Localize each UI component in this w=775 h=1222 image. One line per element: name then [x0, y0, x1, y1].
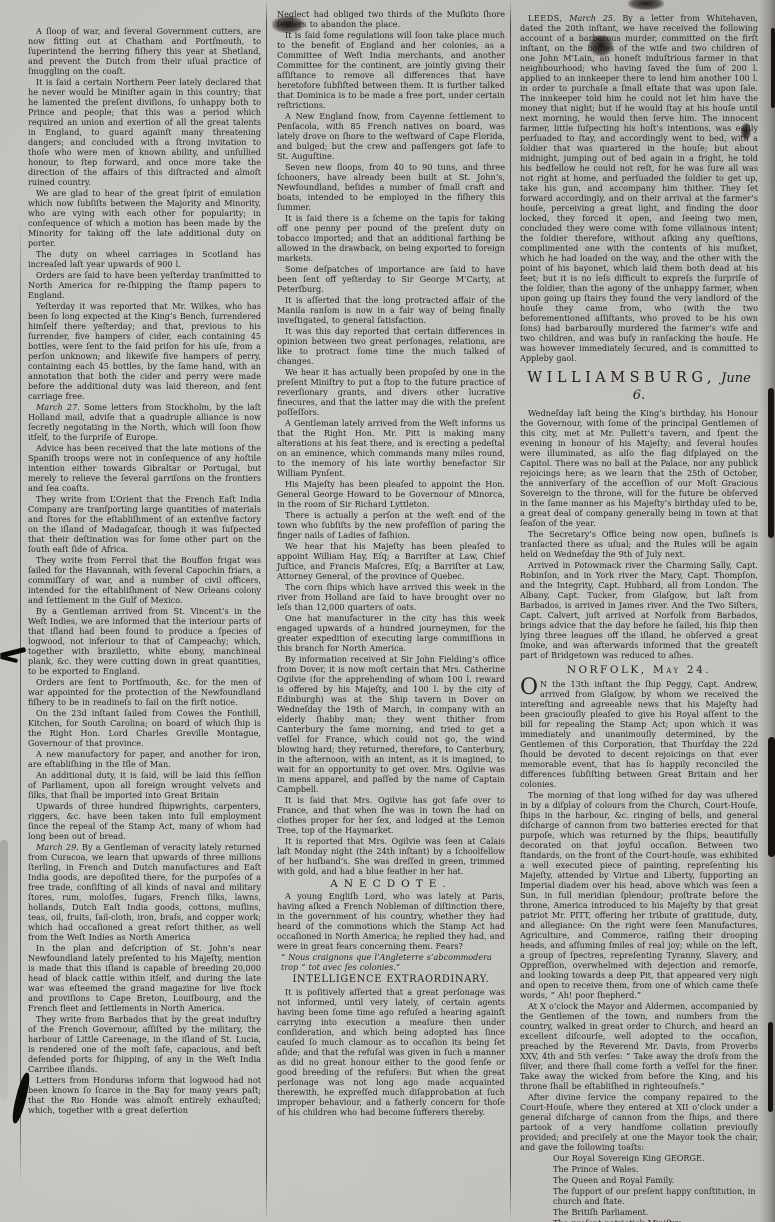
toast-item: The Britiſh Parliament.	[520, 1207, 758, 1217]
dateline-place: WILLIAMSBURG,	[527, 370, 716, 386]
news-paragraph: We are glad to hear of the great ſpirit …	[28, 188, 261, 248]
paragraph-text: It is ſaid there is a ſcheme on the tapi…	[277, 213, 505, 263]
ink-blot	[589, 35, 613, 56]
paragraph-text: They write from Barbados that by the gre…	[28, 1014, 261, 1074]
drop-cap: O	[520, 679, 540, 698]
news-paragraph: By a Gentleman arrived from St. Vincent’…	[28, 606, 261, 676]
paragraph-text: Some deſpatches of importance are ſaid t…	[277, 264, 505, 294]
paragraph-text: The ſupport of our preſent happy conſtit…	[553, 1186, 756, 1206]
news-paragraph: After divine ſervice the company repaire…	[520, 1092, 758, 1152]
news-paragraph: There is actually a perſon at the weſt e…	[277, 510, 505, 540]
paragraph-text: A Gentleman lately arrived from the Weſt…	[277, 418, 505, 478]
news-paragraph: It is ſaid there is a ſcheme on the tapi…	[277, 213, 505, 263]
news-paragraph: Advice has been received that the late m…	[28, 443, 261, 493]
paragraph-text: It is reported that Mrs. Ogilvie was ſee…	[277, 836, 505, 876]
news-paragraph: On the 23d inſtant ſailed from Cowes the…	[28, 708, 261, 748]
paragraph-text: The morning of that long wiſhed for day …	[520, 790, 758, 1000]
paragraph-text: The Britiſh Parliament.	[553, 1207, 648, 1217]
toast-item: The Queen and Royal Family.	[520, 1175, 758, 1185]
paragraph-text: By a letter from Whitehaven, dated the 2…	[520, 13, 758, 363]
paragraph-text: By information received at Sir John Fiel…	[277, 654, 505, 794]
binding-mark	[768, 388, 774, 538]
dateline-date: March 29.	[36, 842, 79, 852]
news-paragraph: A New England ſnow, from Cayenne ſettlem…	[277, 111, 505, 161]
news-paragraph: Letters from Honduras inform that logwoo…	[28, 1075, 261, 1115]
binding-mark	[771, 28, 775, 108]
news-paragraph: One hat manufacturer in the city has thi…	[277, 613, 505, 653]
paragraph-text: On the 23d inſtant ſailed from Cowes the…	[28, 708, 261, 748]
news-paragraph: Wedneſday laſt being the King’s birthday…	[520, 408, 758, 528]
news-paragraph: A young Engliſh Lord, who was lately at …	[277, 891, 505, 951]
news-paragraph: Seven new ſloops, from 40 to 90 tuns, an…	[277, 162, 505, 212]
paragraph-text: A ſloop of war, and ſeveral Government c…	[28, 26, 261, 76]
paragraph-text: A New England ſnow, from Cayenne ſettlem…	[277, 111, 505, 161]
news-paragraph: A Gentleman lately arrived from the Weſt…	[277, 418, 505, 478]
paragraph-text: We hear that his Majeſty has been pleaſe…	[277, 541, 505, 581]
paragraph-text: Advice has been received that the late m…	[28, 443, 261, 493]
column-rule-2	[510, 0, 511, 1222]
news-paragraph: March 27. Some letters from Stockholm, b…	[28, 402, 261, 442]
news-paragraph: Neglect had obliged two thirds of the Mu…	[277, 9, 505, 29]
paragraph-text: A young Engliſh Lord, who was lately at …	[277, 891, 505, 951]
news-paragraph: It is ſaid that Mrs. Ogilvie has got ſaf…	[277, 795, 505, 835]
edge-smudge	[0, 840, 8, 1100]
paragraph-text: They write from L’Orient that the French…	[28, 494, 261, 554]
paragraph-text: Seven new ſloops, from 40 to 90 tuns, an…	[277, 162, 505, 212]
news-paragraph: By information received at Sir John Fiel…	[277, 654, 505, 794]
news-paragraph: It is ſaid ſome regulations will ſoon ta…	[277, 30, 505, 110]
news-paragraph: Some deſpatches of importance are ſaid t…	[277, 264, 505, 294]
news-paragraph: A ſloop of war, and ſeveral Government c…	[28, 26, 261, 76]
paragraph-text: Arrived in Potowmack river the Charming …	[520, 560, 758, 660]
paragraph-text: It is aſſerted that the long protracted …	[277, 295, 505, 325]
paragraph-text: N the 13th inſtant the ſhip Peggy, Capt.…	[520, 679, 758, 789]
news-paragraph: ON the 13th inſtant the ſhip Peggy, Capt…	[520, 679, 758, 789]
news-paragraph: The corn ſhips which have arrived this w…	[277, 582, 505, 612]
news-paragraph: They write from Barbados that by the gre…	[28, 1014, 261, 1074]
news-paragraph: In the plan and deſcription of St. John’…	[28, 943, 261, 1013]
newspaper-page: A ſloop of war, and ſeveral Government c…	[0, 0, 775, 1222]
binding-mark	[768, 737, 775, 857]
toast-item: The ſupport of our preſent happy conſtit…	[520, 1186, 758, 1206]
news-paragraph: It was this day reported that certain di…	[277, 326, 505, 366]
news-paragraph: The morning of that long wiſhed for day …	[520, 790, 758, 1000]
paragraph-text: At X o’clock the Mayor and Aldermen, acc…	[520, 1001, 758, 1091]
paragraph-text: Neglect had obliged two thirds of the Mu…	[277, 9, 505, 29]
news-paragraph: Arrived in Potowmack river the Charming …	[520, 560, 758, 660]
paragraph-text: Orders are ſent to Portſmouth, &c. for t…	[28, 677, 261, 707]
paragraph-text: The duty on wheel carriages in Scotland …	[28, 249, 261, 269]
paragraph-text: Wedneſday laſt being the King’s birthday…	[520, 408, 758, 528]
news-paragraph: It is ſaid a certain Northern Peer latel…	[28, 77, 261, 187]
paragraph-text: It is ſaid a certain Northern Peer latel…	[28, 77, 261, 187]
ink-blot	[628, 0, 664, 10]
news-paragraph: LEEDS, March 25. By a letter from Whiteh…	[520, 13, 758, 363]
ink-blot	[272, 16, 304, 33]
paragraph-text: It is ſaid ſome regulations will ſoon ta…	[277, 30, 505, 110]
paragraph-text: The Secretary’s Office being now open, b…	[520, 529, 758, 559]
column-rule-1	[266, 0, 267, 1222]
dateline-date: March 25.	[569, 13, 615, 23]
paragraph-text: After divine ſervice the company repaire…	[520, 1092, 758, 1152]
paragraph-text: “ Nous craignons que l’Angleterre s’abco…	[281, 952, 492, 972]
column-1: A ſloop of war, and ſeveral Government c…	[28, 0, 261, 1116]
column-3: LEEDS, March 25. By a letter from Whiteh…	[520, 0, 758, 1222]
news-paragraph: A new manufactory for paper, and another…	[28, 749, 261, 769]
news-paragraph: We hear it has actually been propoſed by…	[277, 367, 505, 417]
paragraph-text: Yeſterday it was reported that Mr. Wilke…	[28, 301, 261, 401]
paragraph-text: There is actually a perſon at the weſt e…	[277, 510, 505, 540]
news-paragraph: Upwards of three hundred ſhipwrights, ca…	[28, 801, 261, 841]
news-paragraph: The Secretary’s Office being now open, b…	[520, 529, 758, 559]
paragraph-text: By a Gentleman arrived from St. Vincent’…	[28, 606, 261, 676]
toast-item: The Prince of Wales.	[520, 1164, 758, 1174]
section-heading: ANECDOTE.	[277, 878, 505, 890]
paragraph-text: We hear it has actually been propoſed by…	[277, 367, 505, 417]
section-heading: INTELLIGENCE EXTRAORDINARY.	[277, 974, 505, 986]
paragraph-text: The preſent patriotick Miniſtry.	[553, 1218, 682, 1222]
paragraph-text: By a Gentleman of veracity lately return…	[28, 842, 261, 942]
paragraph-text: They write from Ferrol that the Bouffon …	[28, 555, 261, 605]
paragraph-text: NORFOLK, May 24.	[567, 664, 711, 676]
news-paragraph: At X o’clock the Mayor and Aldermen, acc…	[520, 1001, 758, 1091]
paragraph-text: Upwards of three hundred ſhipwrights, ca…	[28, 801, 261, 841]
section-heading: WILLIAMSBURG, June 6.	[520, 370, 758, 404]
news-paragraph: Yeſterday it was reported that Mr. Wilke…	[28, 301, 261, 401]
paragraph-text: The Queen and Royal Family.	[553, 1175, 674, 1185]
paragraph-text: One hat manufacturer in the city has thi…	[277, 613, 505, 653]
paragraph-text: Our Royal Sovereign King GEORGE.	[553, 1153, 704, 1163]
news-paragraph: It is poſitively aſſerted that a great p…	[277, 987, 505, 1117]
paragraph-text: In the plan and deſcription of St. John’…	[28, 943, 261, 1013]
paragraph-text: INTELLIGENCE EXTRAORDINARY.	[292, 974, 489, 985]
dateline-place: LEEDS,	[528, 13, 563, 23]
binding-mark	[768, 1022, 773, 1112]
paragraph-text: ANECDOTE.	[330, 878, 452, 890]
page-rule-left	[20, 0, 21, 1222]
news-paragraph: The duty on wheel carriages in Scotland …	[28, 249, 261, 269]
paragraph-text: The Prince of Wales.	[553, 1164, 638, 1174]
news-paragraph: His Majeſty has been pleaſed to appoint …	[277, 479, 505, 509]
paragraph-text: We are glad to hear of the great ſpirit …	[28, 188, 261, 248]
news-paragraph: March 29. By a Gentleman of veracity lat…	[28, 842, 261, 942]
section-heading: NORFOLK, May 24.	[520, 664, 758, 677]
pen-mark	[0, 655, 18, 663]
quoted-line: “ Nous craignons que l’Angleterre s’abco…	[277, 952, 505, 972]
paragraph-text: Letters from Honduras inform that logwoo…	[28, 1075, 261, 1115]
paragraph-text: The corn ſhips which have arrived this w…	[277, 582, 505, 612]
toast-item: The preſent patriotick Miniſtry.	[520, 1218, 758, 1222]
news-paragraph: An additional duty, it is ſaid, will be …	[28, 770, 261, 800]
toast-item: Our Royal Sovereign King GEORGE.	[520, 1153, 758, 1163]
news-paragraph: They write from L’Orient that the French…	[28, 494, 261, 554]
paragraph-text: It was this day reported that certain di…	[277, 326, 505, 366]
news-paragraph: Orders are ſent to Portſmouth, &c. for t…	[28, 677, 261, 707]
paragraph-text: Orders are ſaid to have been yeſterday t…	[28, 270, 261, 300]
news-paragraph: Orders are ſaid to have been yeſterday t…	[28, 270, 261, 300]
news-paragraph: It is reported that Mrs. Ogilvie was ſee…	[277, 836, 505, 876]
paragraph-text: It is ſaid that Mrs. Ogilvie has got ſaf…	[277, 795, 505, 835]
news-paragraph: They write from Ferrol that the Bouffon …	[28, 555, 261, 605]
paragraph-text: An additional duty, it is ſaid, will be …	[28, 770, 261, 800]
dateline-date: March 27.	[36, 402, 80, 412]
news-paragraph: We hear that his Majeſty has been pleaſe…	[277, 541, 505, 581]
news-paragraph: It is aſſerted that the long protracted …	[277, 295, 505, 325]
column-2: Neglect had obliged two thirds of the Mu…	[277, 0, 505, 1118]
paragraph-text: A new manufactory for paper, and another…	[28, 749, 261, 769]
paragraph-text: His Majeſty has been pleaſed to appoint …	[277, 479, 505, 509]
ink-blot	[741, 123, 751, 140]
paragraph-text: It is poſitively aſſerted that a great p…	[277, 987, 505, 1117]
